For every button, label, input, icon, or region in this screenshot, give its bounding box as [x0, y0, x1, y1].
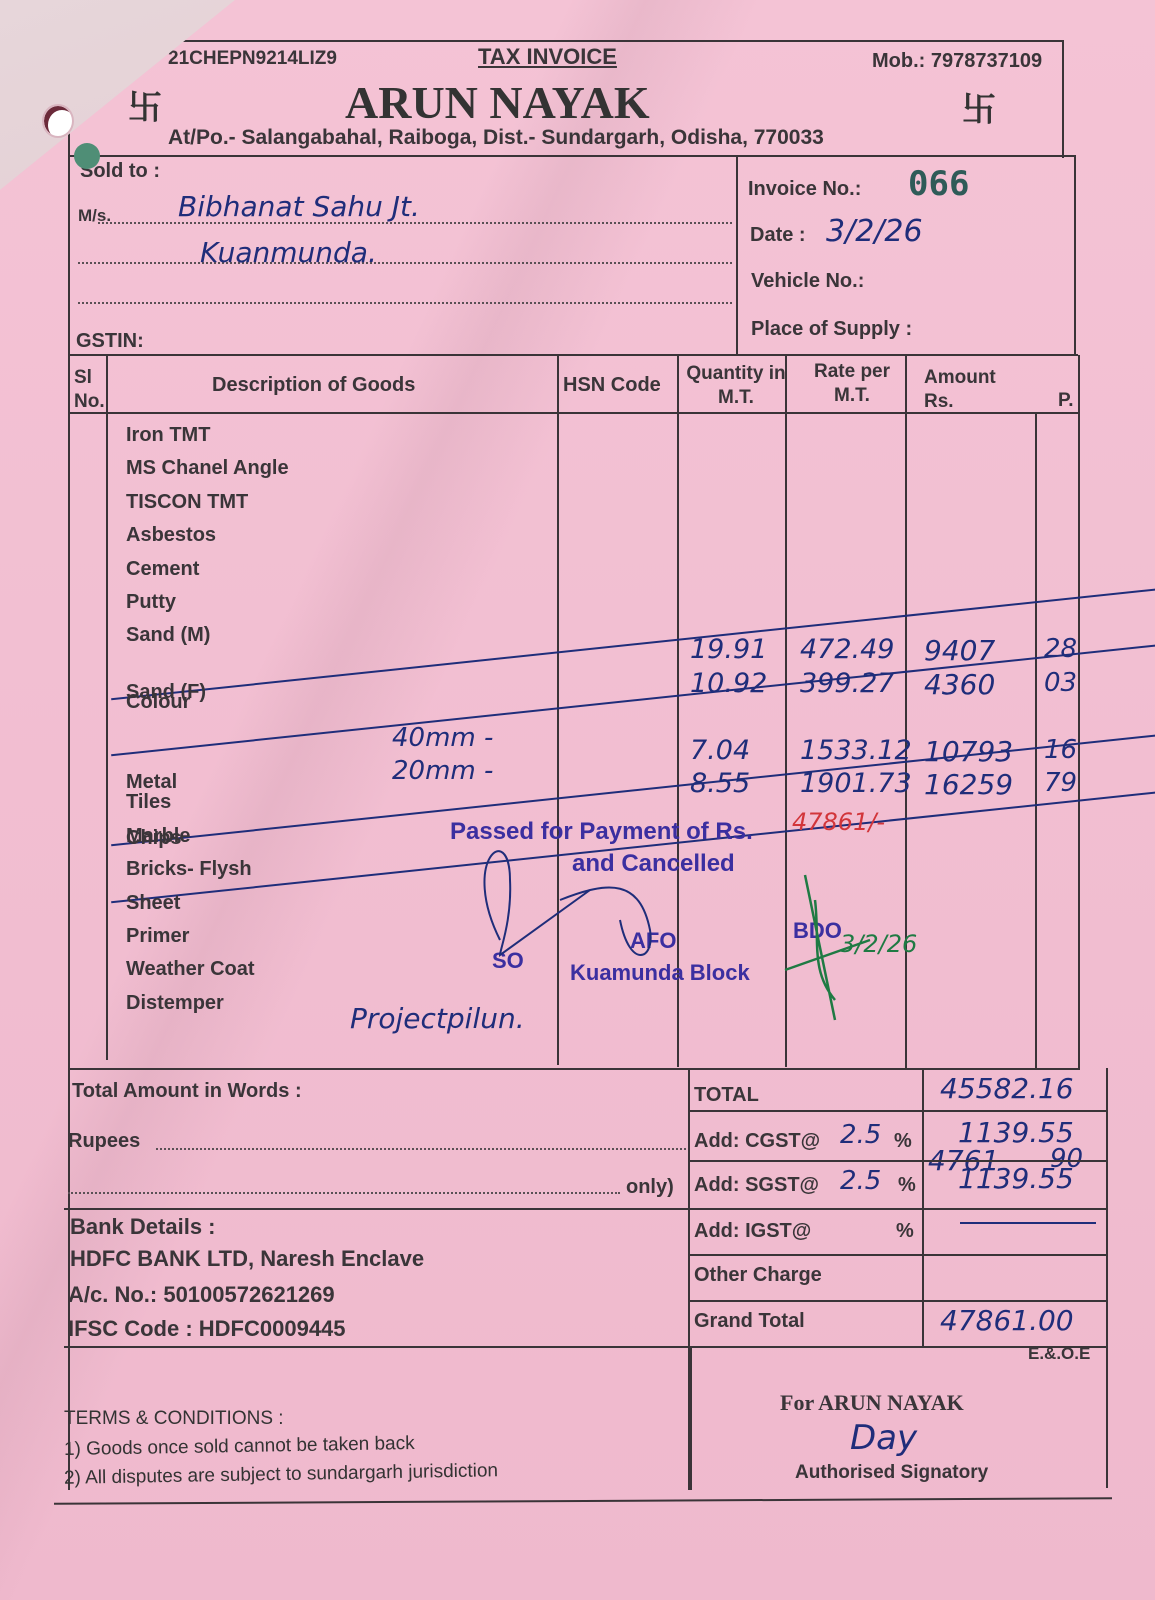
grand-total-value: 47861.00: [940, 1304, 1074, 1337]
item-description: Sheet: [126, 892, 180, 915]
gstin-number: 21CHEPN9214LIZ9: [168, 48, 337, 70]
place-of-supply-label: Place of Supply :: [751, 318, 912, 341]
col-header-paise: P.: [1058, 390, 1074, 412]
col-header-description: Description of Goods: [212, 374, 415, 397]
business-name: ARUN NAYAK: [345, 76, 650, 129]
item-description: Sand (M): [126, 624, 1155, 647]
item-description: Distemper: [126, 992, 224, 1015]
item-rate: 399.27: [800, 668, 894, 699]
rupees-label: Rupees: [68, 1130, 140, 1153]
punch-hole: [42, 104, 74, 138]
item-amount-p: 03: [1044, 668, 1077, 698]
swastika-right-icon: 卐: [962, 82, 996, 131]
col-header-hsn: HSN Code: [563, 374, 661, 397]
invoice-no-label: Invoice No.:: [748, 178, 861, 201]
igst-dash: [960, 1222, 1096, 1224]
sgst-label: Add: SGST@: [694, 1174, 819, 1197]
bank-details-label: Bank Details :: [70, 1214, 216, 1240]
item-description: Marble: [126, 825, 190, 848]
item-amount-rs: 16259: [924, 768, 1013, 801]
item-description: Sand (F): [126, 681, 1155, 704]
cgst-rate: 2.5: [840, 1120, 881, 1150]
item-rate: 1901.73: [800, 768, 912, 799]
terms-label: TERMS & CONDITIONS :: [64, 1408, 284, 1430]
business-address: At/Po.- Salangabahal, Raiboga, Dist.- Su…: [168, 126, 824, 150]
buyer-address: Kuanmunda.: [200, 236, 377, 269]
doc-type-title: TAX INVOICE: [478, 44, 617, 70]
col-header-amount: Amount Rs.: [924, 366, 1004, 414]
only-label: only): [626, 1176, 674, 1199]
item-description: Primer: [126, 925, 189, 948]
invoice-sheet: 21CHEPN9214LIZ9 TAX INVOICE Mob.: 797873…: [0, 0, 1155, 1600]
date-value: 3/2/26: [826, 214, 923, 249]
item-amount-p: 28: [1044, 634, 1077, 664]
mobile-number: Mob.: 7978737109: [872, 50, 1042, 73]
item-amount-rs: 10793: [924, 735, 1013, 768]
col-header-sl: Sl No.: [74, 366, 104, 414]
col-header-rate: Rate per M.T.: [804, 360, 900, 408]
bank-account: A/c. No.: 50100572621269: [68, 1282, 335, 1308]
item-rate: 472.49: [800, 634, 894, 665]
item-amount-p: 79: [1044, 768, 1077, 798]
for-company-label: For ARUN NAYAK: [780, 1390, 964, 1416]
item-description: MS Chanel Angle: [126, 457, 289, 480]
sgst-rate: 2.5: [840, 1166, 881, 1196]
cgst-label: Add: CGST@: [694, 1130, 820, 1153]
invoice-no-value: 066: [908, 164, 969, 204]
item-quantity: 10.92: [690, 668, 767, 699]
item-description: Asbestos: [126, 524, 216, 547]
authorised-signature: Day: [850, 1418, 917, 1458]
buyer-gstin-label: GSTIN:: [76, 330, 144, 353]
total-value: 45582.16: [940, 1072, 1074, 1105]
authorised-signatory-label: Authorised Signatory: [795, 1462, 988, 1484]
item-description: Tiles: [126, 791, 171, 814]
item-description: Colour: [126, 691, 190, 714]
igst-percent: %: [896, 1220, 914, 1243]
item-description: TISCON TMT: [126, 491, 248, 514]
grand-total-label: Grand Total: [694, 1310, 805, 1333]
item-quantity: 19.91: [690, 634, 767, 665]
buyer-name: Bibhanat Sahu Jt.: [178, 190, 420, 223]
item-size-note: 20mm -: [392, 756, 493, 786]
item-rate: 1533.12: [800, 735, 912, 766]
item-description: Cement: [126, 558, 199, 581]
col-header-quantity: Quantity in M.T.: [686, 362, 786, 410]
igst-label: Add: IGST@: [694, 1220, 811, 1243]
item-size-note: 40mm -: [392, 723, 493, 753]
item-description: Bricks- Flysh: [126, 858, 252, 881]
item-description: Putty: [126, 591, 176, 614]
item-amount-p: 16: [1044, 735, 1077, 765]
item-amount-rs: 4360: [924, 668, 995, 701]
punch-hole-underlay: [74, 143, 100, 169]
item-description: Weather Coat: [126, 958, 255, 981]
item-quantity: 8.55: [690, 768, 750, 799]
eoe-label: E.&.O.E: [1028, 1344, 1090, 1364]
bank-name: HDFC BANK LTD, Naresh Enclave: [70, 1246, 424, 1272]
item-description: Iron TMT: [126, 424, 210, 447]
item-quantity: 7.04: [690, 735, 750, 766]
date-label: Date :: [750, 224, 806, 247]
total-in-words-label: Total Amount in Words :: [72, 1080, 302, 1103]
total-label: TOTAL: [694, 1084, 759, 1107]
cgst-percent: %: [894, 1130, 912, 1153]
sgst-value: 1139.55: [958, 1162, 1074, 1195]
stamp-signature-scribbles: [440, 820, 920, 1040]
bank-ifsc: IFSC Code : HDFC0009445: [68, 1316, 346, 1342]
sgst-percent: %: [898, 1174, 916, 1197]
cgst-value: 1139.55: [958, 1116, 1074, 1149]
vehicle-no-label: Vehicle No.:: [751, 270, 864, 293]
other-charge-label: Other Charge: [694, 1264, 822, 1287]
swastika-left-icon: 卐: [128, 80, 162, 129]
